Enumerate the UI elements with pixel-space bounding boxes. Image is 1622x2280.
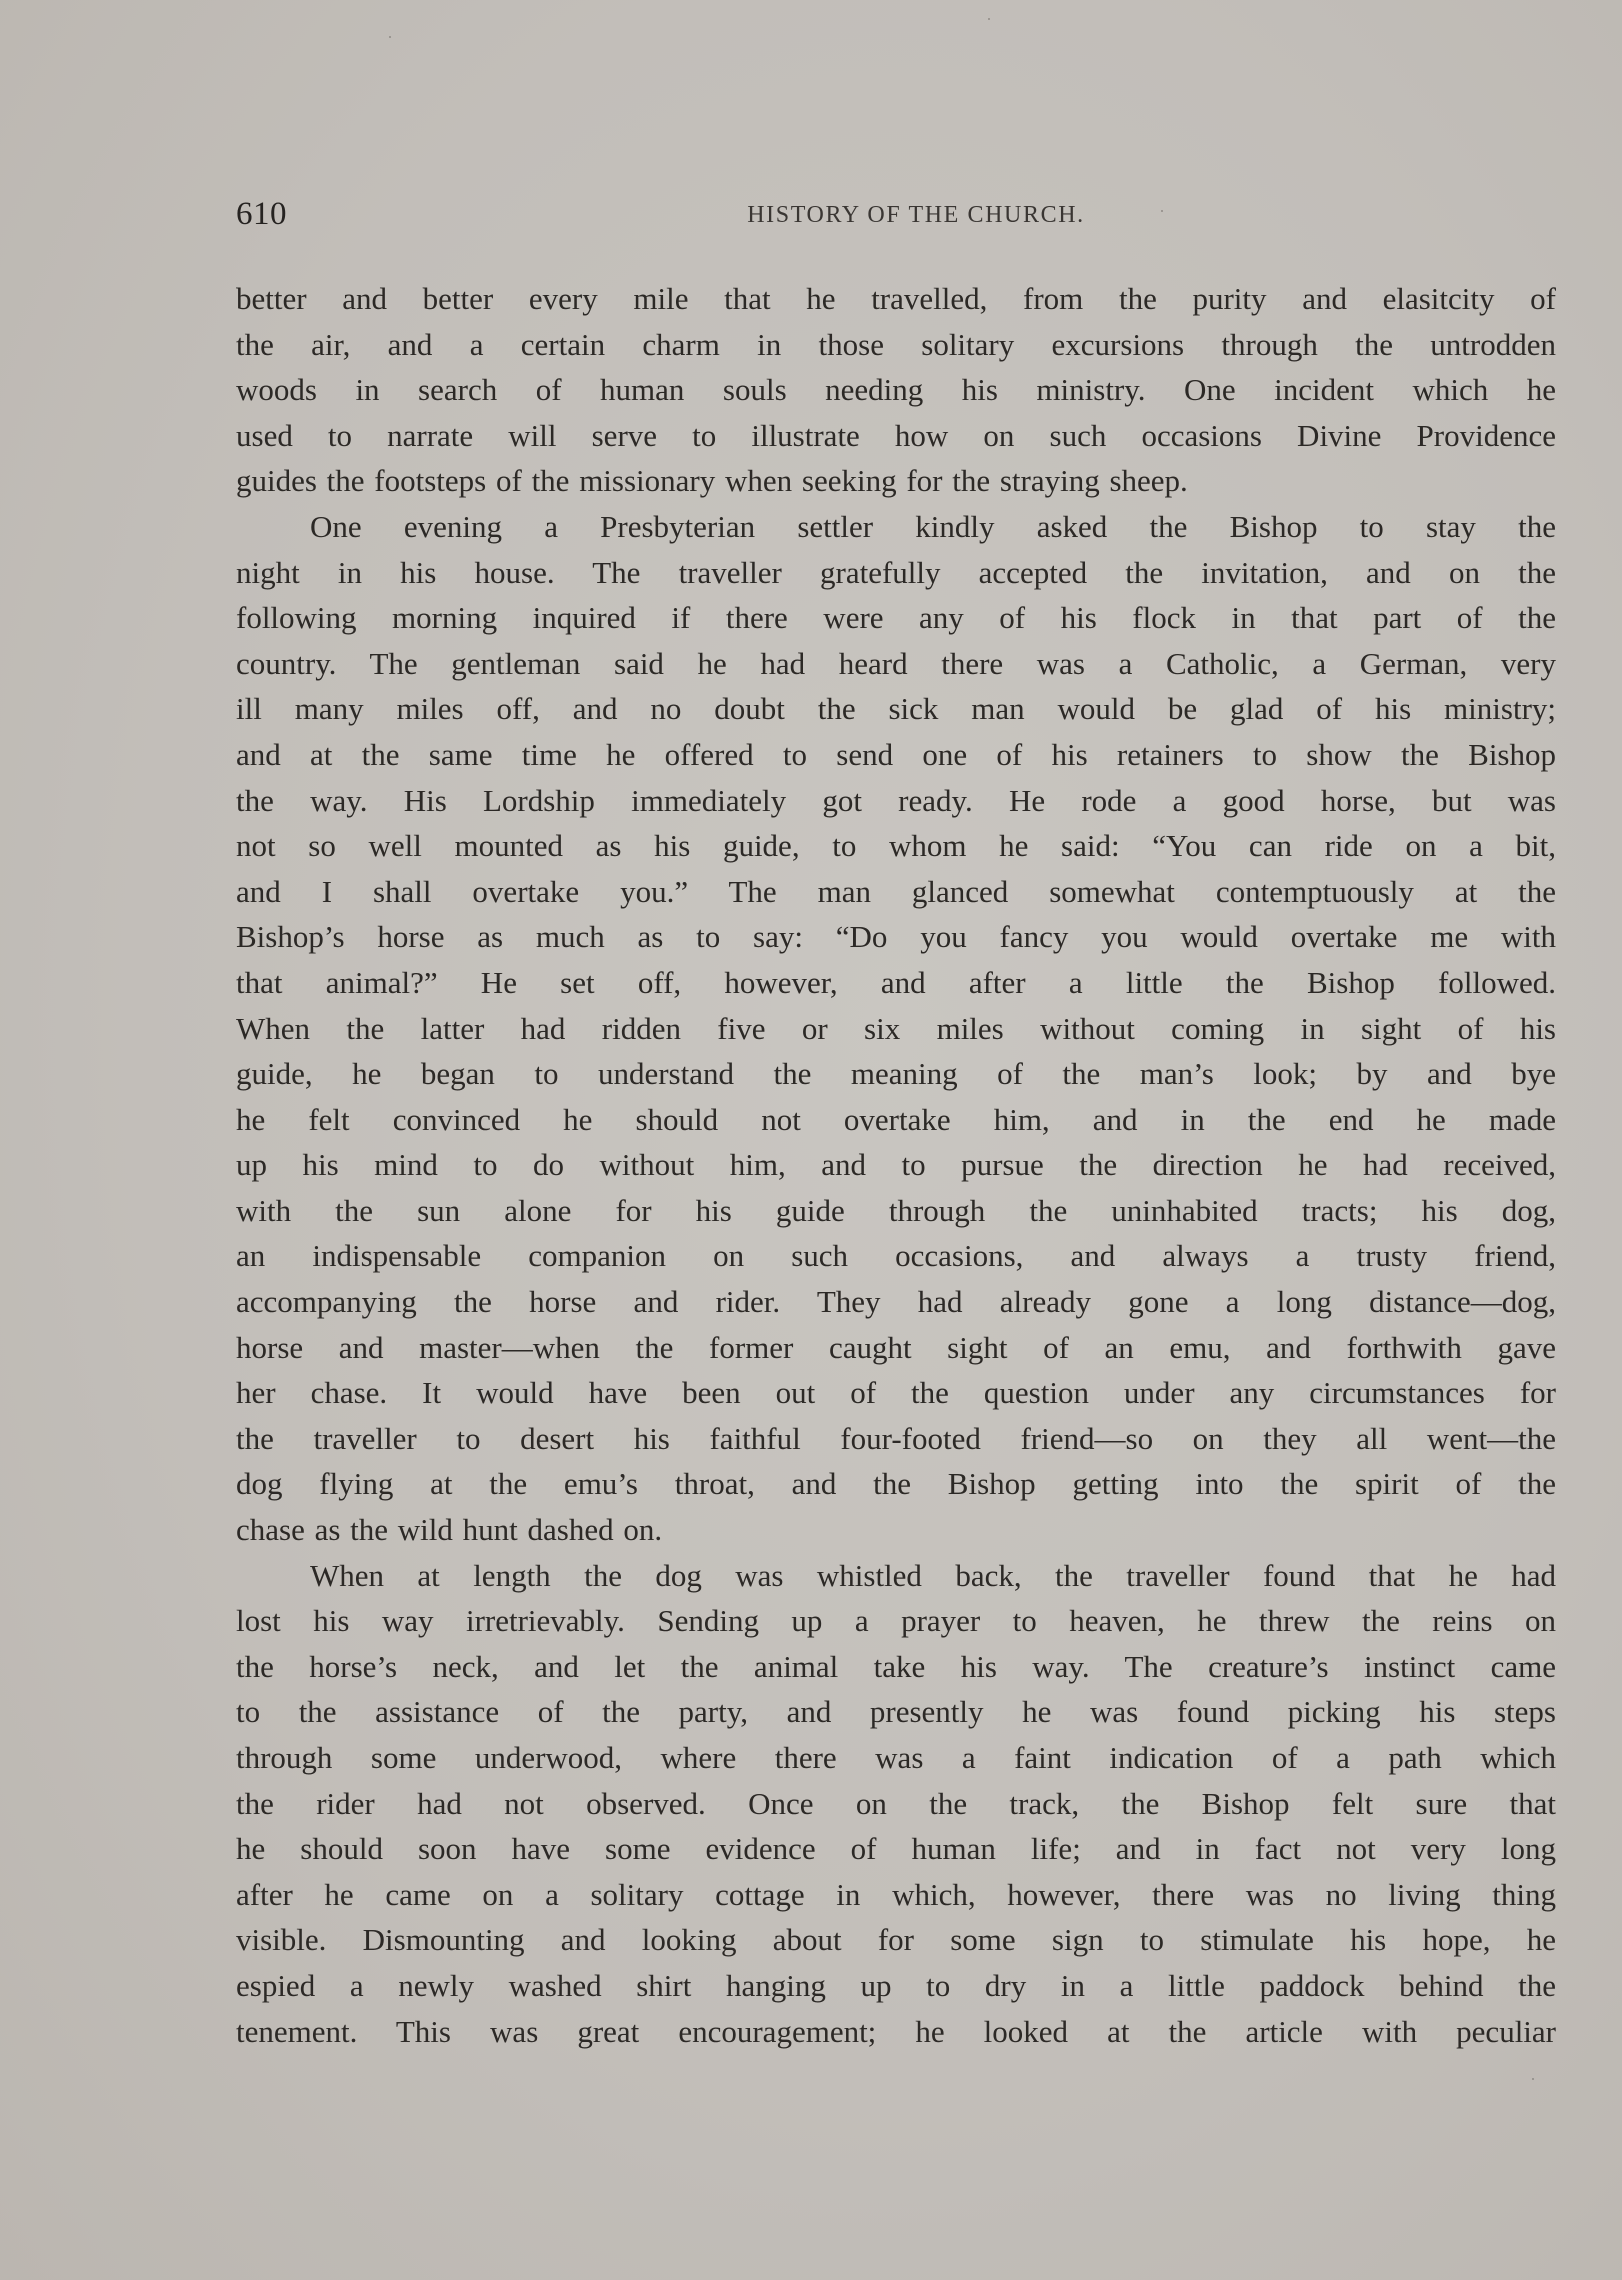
text-line: woods in search of human souls needing h…: [236, 367, 1556, 413]
text-line: the air, and a certain charm in those so…: [236, 322, 1556, 368]
text-line: and I shall overtake you.” The man glanc…: [236, 869, 1556, 915]
text-line: and at the same time he offered to send …: [236, 732, 1556, 778]
paragraph-2: One evening a Presbyterian settler kindl…: [236, 504, 1556, 1553]
text-line: guide, he began to understand the meanin…: [236, 1051, 1556, 1097]
text-line: chase as the wild hunt dashed on.: [236, 1507, 1556, 1553]
text-line: the way. His Lordship immediately got re…: [236, 778, 1556, 824]
paper-speck: [1161, 210, 1163, 212]
text-line: tenement. This was great encouragement; …: [236, 2009, 1556, 2055]
paragraph-3: When at length the dog was whistled back…: [236, 1553, 1556, 2055]
book-page: 610 HISTORY OF THE CHURCH. better and be…: [236, 196, 1556, 2054]
text-line: Bishop’s horse as much as to say: “Do yo…: [236, 914, 1556, 960]
text-line: the horse’s neck, and let the animal tak…: [236, 1644, 1556, 1690]
text-line: lost his way irretrievably. Sending up a…: [236, 1598, 1556, 1644]
paragraph-1: better and better every mile that he tra…: [236, 276, 1556, 504]
text-line: he felt convinced he should not overtake…: [236, 1097, 1556, 1143]
text-line: used to narrate will serve to illustrate…: [236, 413, 1556, 459]
text-line: visible. Dismounting and looking about f…: [236, 1917, 1556, 1963]
body-text: better and better every mile that he tra…: [236, 276, 1556, 2054]
paper-speck: [1532, 2078, 1534, 2080]
text-line: with the sun alone for his guide through…: [236, 1188, 1556, 1234]
text-line: dog flying at the emu’s throat, and the …: [236, 1461, 1556, 1507]
text-line: the rider had not observed. Once on the …: [236, 1781, 1556, 1827]
text-line: not so well mounted as his guide, to who…: [236, 823, 1556, 869]
text-line: he should soon have some evidence of hum…: [236, 1826, 1556, 1872]
text-line: that animal?” He set off, however, and a…: [236, 960, 1556, 1006]
text-line: the traveller to desert his faithful fou…: [236, 1416, 1556, 1462]
text-line: When at length the dog was whistled back…: [236, 1553, 1556, 1599]
text-line: through some underwood, where there was …: [236, 1735, 1556, 1781]
text-line: after he came on a solitary cottage in w…: [236, 1872, 1556, 1918]
text-line: country. The gentleman said he had heard…: [236, 641, 1556, 687]
text-line: an indispensable companion on such occas…: [236, 1233, 1556, 1279]
text-line: night in his house. The traveller gratef…: [236, 550, 1556, 596]
running-title: HISTORY OF THE CHURCH.: [236, 202, 1556, 229]
running-head: 610 HISTORY OF THE CHURCH.: [236, 196, 1556, 236]
text-line: When the latter had ridden five or six m…: [236, 1006, 1556, 1052]
paper-speck: [988, 18, 990, 20]
text-line: better and better every mile that he tra…: [236, 276, 1556, 322]
text-line: following morning inquired if there were…: [236, 595, 1556, 641]
text-line: guides the footsteps of the missionary w…: [236, 458, 1556, 504]
paper-speck: [389, 36, 391, 38]
text-line: to the assistance of the party, and pres…: [236, 1689, 1556, 1735]
text-line: accompanying the horse and rider. They h…: [236, 1279, 1556, 1325]
text-line: espied a newly washed shirt hanging up t…: [236, 1963, 1556, 2009]
text-line: One evening a Presbyterian settler kindl…: [236, 504, 1556, 550]
text-line: her chase. It would have been out of the…: [236, 1370, 1556, 1416]
text-line: up his mind to do without him, and to pu…: [236, 1142, 1556, 1188]
text-line: horse and master—when the former caught …: [236, 1325, 1556, 1371]
text-line: ill many miles off, and no doubt the sic…: [236, 686, 1556, 732]
